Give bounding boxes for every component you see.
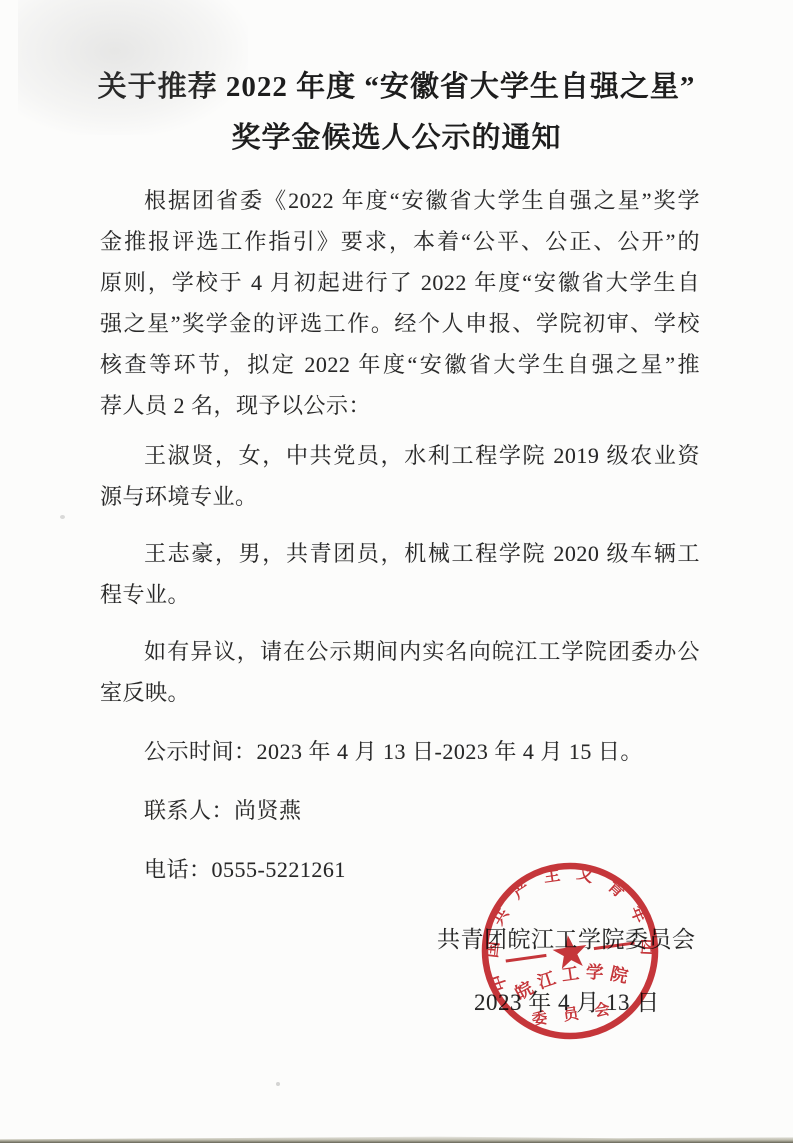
signature-date: 2023 年 4 月 13 日 bbox=[474, 984, 660, 1017]
body-line: 核查等环节，拟定 2022 年度“安徽省大学生自强之星”推 bbox=[100, 344, 700, 385]
scan-bottom-edge bbox=[0, 1135, 793, 1143]
paragraph-objection: 如有异议，请在公示期间内实名向皖江工学院团委办公 室反映。 bbox=[100, 631, 700, 713]
paragraph-phone: 电话：0555-5221261 bbox=[100, 849, 700, 890]
body-line: 荐人员 2 名，现予以公示： bbox=[100, 385, 700, 426]
paragraph-publicity-period: 公示时间：2023 年 4 月 13 日-2023 年 4 月 15 日。 bbox=[100, 731, 700, 772]
body-line: 金推报评选工作指引》要求，本着“公平、公正、公开”的 bbox=[100, 221, 700, 262]
body-line: 原则，学校于 4 月初起进行了 2022 年度“安徽省大学生自 bbox=[100, 262, 700, 303]
paragraph-contact-person: 联系人：尚贤燕 bbox=[100, 790, 700, 831]
notice-title-line-2: 奖学金候选人公示的通知 bbox=[0, 113, 793, 164]
publicity-period-text: 公示时间：2023 年 4 月 13 日-2023 年 4 月 15 日。 bbox=[100, 731, 700, 772]
body-line: 如有异议，请在公示期间内实名向皖江工学院团委办公 bbox=[100, 631, 700, 672]
notice-title-line-1: 关于推荐 2022 年度 “安徽省大学生自强之星” bbox=[0, 62, 793, 113]
seal-left-line bbox=[506, 955, 547, 961]
scanned-notice-page: 关于推荐 2022 年度 “安徽省大学生自强之星” 奖学金候选人公示的通知 根据… bbox=[0, 0, 793, 1143]
body-line: 王淑贤，女，中共党员，水利工程学院 2019 级农业资 bbox=[100, 435, 700, 476]
body-line: 室反映。 bbox=[100, 672, 700, 713]
contact-person-text: 联系人：尚贤燕 bbox=[100, 790, 700, 831]
notice-body: 根据团省委《2022 年度“安徽省大学生自强之星”奖学 金推报评选工作指引》要求… bbox=[0, 180, 793, 890]
body-line: 源与环境专业。 bbox=[100, 476, 700, 517]
body-line: 王志豪，男，共青团员，机械工程学院 2020 级车辆工 bbox=[100, 533, 700, 574]
phone-text: 电话：0555-5221261 bbox=[100, 849, 700, 890]
paragraph-intro: 根据团省委《2022 年度“安徽省大学生自强之星”奖学 金推报评选工作指引》要求… bbox=[100, 180, 700, 426]
notice-title: 关于推荐 2022 年度 “安徽省大学生自强之星” 奖学金候选人公示的通知 bbox=[0, 0, 793, 164]
body-line: 根据团省委《2022 年度“安徽省大学生自强之星”奖学 bbox=[100, 180, 700, 221]
body-line: 强之星”奖学金的评选工作。经个人申报、学院初审、学校 bbox=[100, 303, 700, 344]
scan-speck bbox=[276, 1082, 280, 1086]
paragraph-candidate-1: 王淑贤，女，中共党员，水利工程学院 2019 级农业资 源与环境专业。 bbox=[100, 435, 700, 517]
signature-org: 共青团皖江工学院委员会 bbox=[437, 921, 696, 954]
paragraph-candidate-2: 王志豪，男，共青团员，机械工程学院 2020 级车辆工 程专业。 bbox=[100, 533, 700, 615]
scan-speck bbox=[60, 515, 65, 519]
body-line: 程专业。 bbox=[100, 574, 700, 615]
